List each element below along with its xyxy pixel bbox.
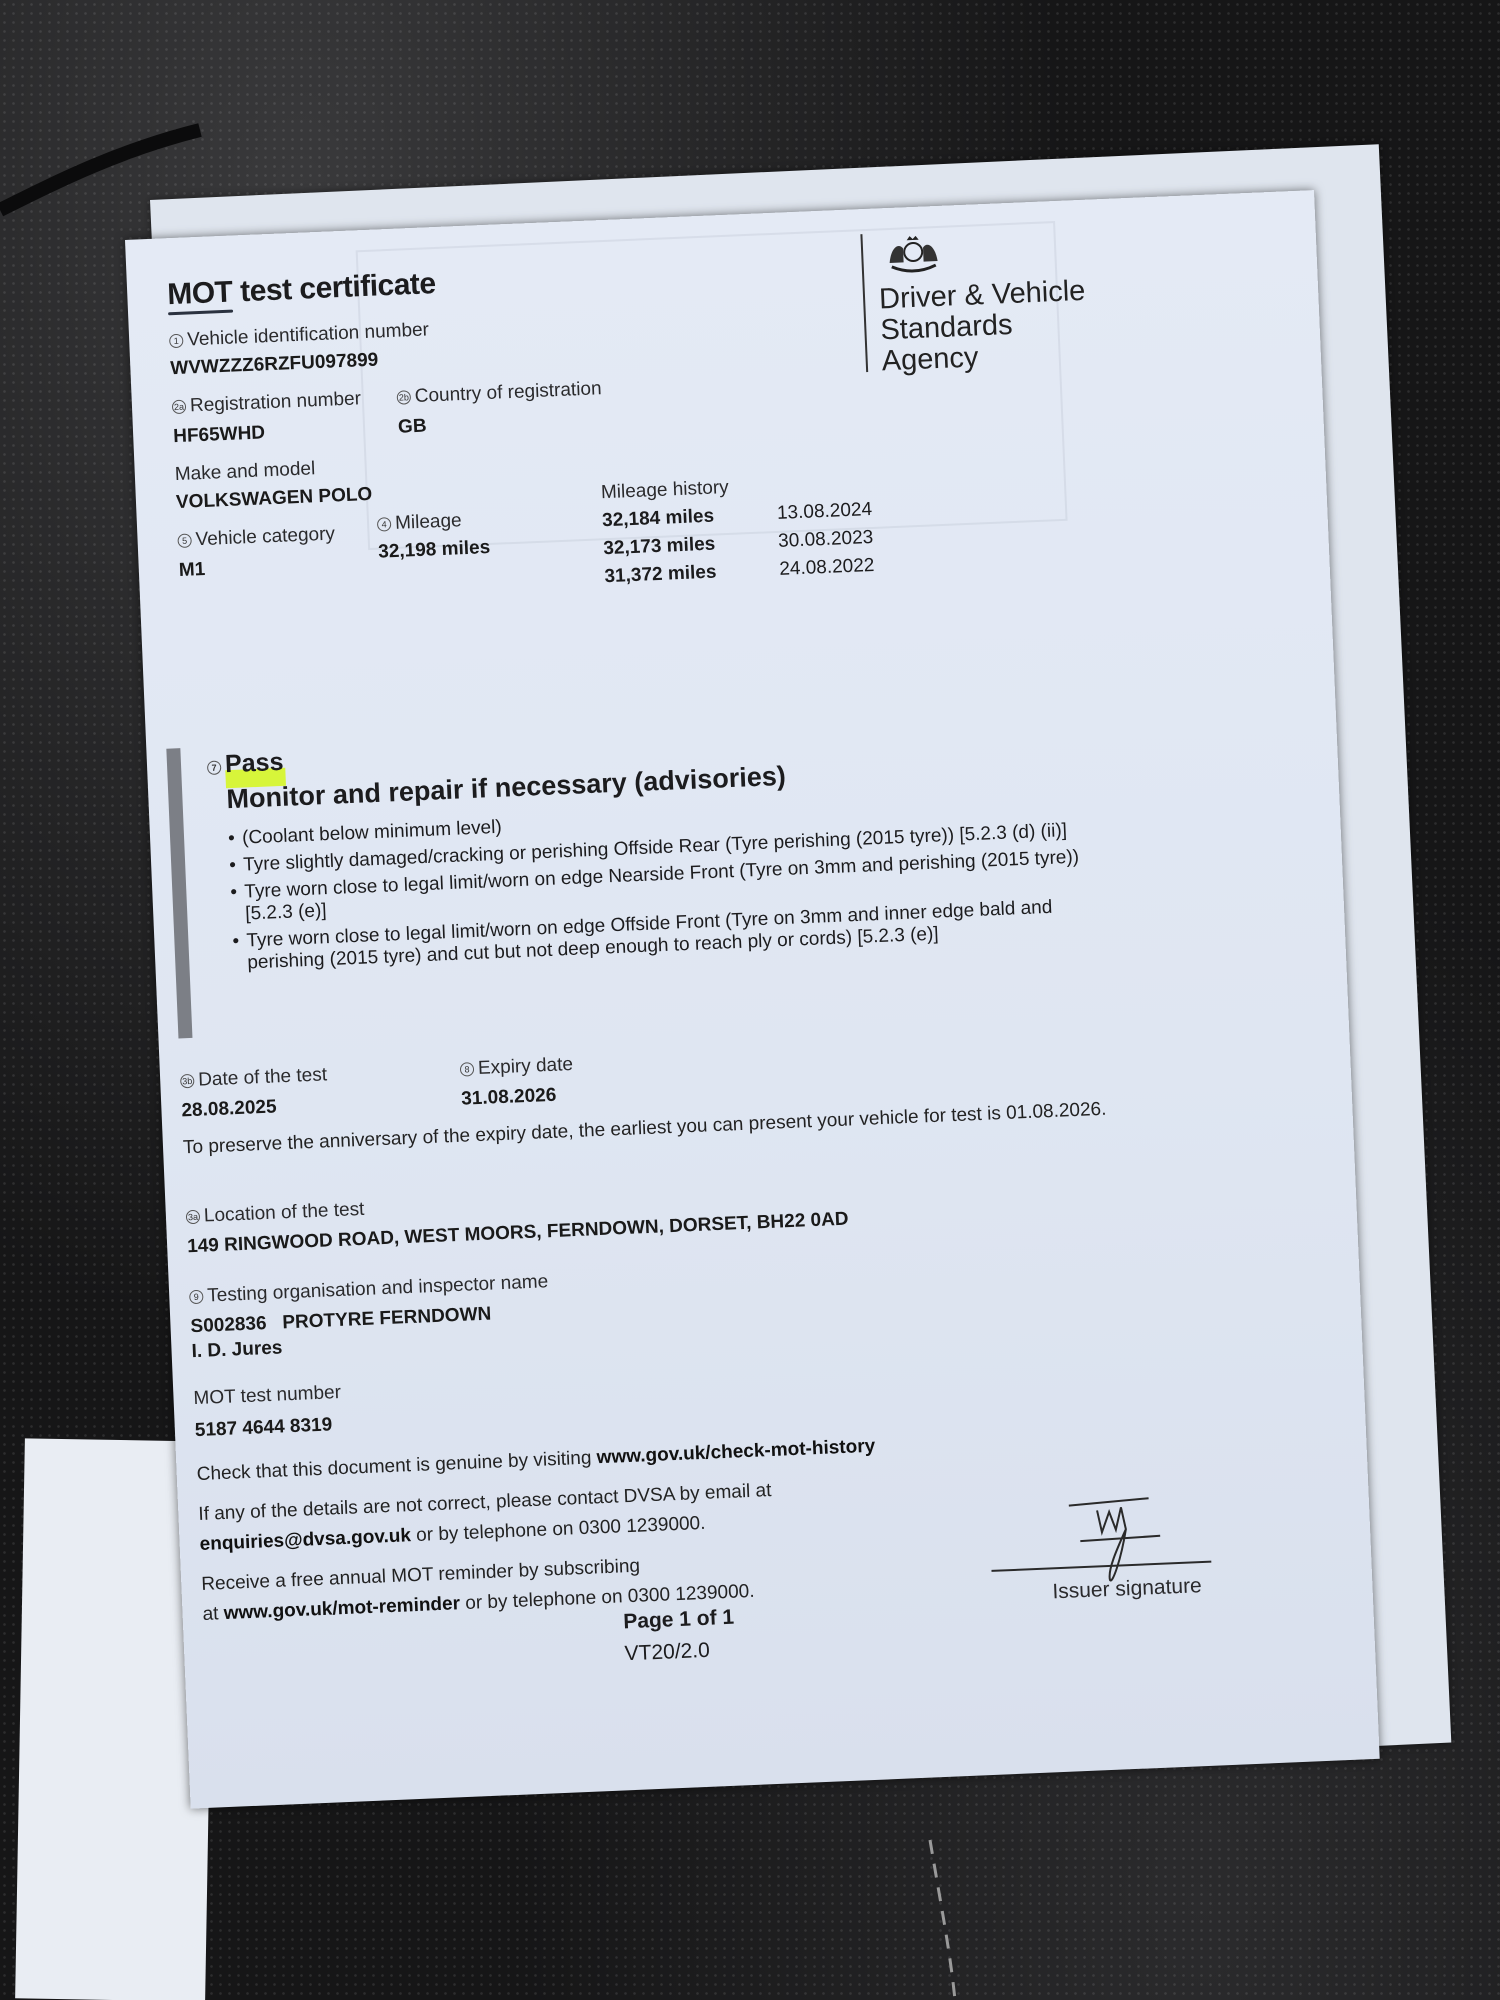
inspector-name: I. D. Jures xyxy=(191,1337,283,1363)
test-result-block: 7Pass Monitor and repair if necessary (a… xyxy=(166,707,1177,1039)
organisation-label: 9Testing organisation and inspector name xyxy=(189,1271,549,1308)
expiry-date-label: 8Expiry date xyxy=(460,1054,574,1081)
advisories-title: Monitor and repair if necessary (advisor… xyxy=(226,761,786,815)
form-code: VT20/2.0 xyxy=(624,1638,736,1667)
document-title: MOT test certificate xyxy=(167,267,437,312)
issuer-signature-label: Issuer signature xyxy=(1052,1574,1202,1604)
test-date-label: 3bDate of the test xyxy=(180,1064,328,1092)
make-model-value: VOLKSWAGEN POLO xyxy=(176,484,373,514)
genuine-check-notice: Check that this document is genuine by v… xyxy=(196,1432,876,1490)
check-mot-history-link[interactable]: www.gov.uk/check-mot-history xyxy=(596,1436,875,1469)
page-indicator: Page 1 of 1 xyxy=(623,1606,735,1635)
anniversary-note: To preserve the anniversary of the expir… xyxy=(182,1092,1182,1164)
mot-certificate: MOT test certificate Driver & Vehicle St… xyxy=(125,190,1380,1808)
registration-value: HF65WHD xyxy=(173,422,266,448)
make-model-label: Make and model xyxy=(174,458,315,486)
country-value: GB xyxy=(398,416,427,439)
mileage-label: 4Mileage xyxy=(377,510,462,536)
agency-name: Driver & Vehicle Standards Agency xyxy=(879,276,1089,378)
test-date-value: 28.08.2025 xyxy=(181,1096,277,1122)
advisories-list: (Coolant below minimum level) Tyre sligh… xyxy=(228,791,1134,981)
location-label: 3aLocation of the test xyxy=(186,1199,365,1228)
mileage-history-label: Mileage history xyxy=(601,477,730,504)
expiry-date-value: 31.08.2026 xyxy=(461,1085,557,1111)
dvsa-email-link[interactable]: enquiries@dvsa.gov.uk xyxy=(199,1525,411,1555)
mileage-history-row: 32,173 miles30.08.2023 xyxy=(603,527,874,560)
country-label: 2bCountry of registration xyxy=(396,378,602,409)
mileage-history-row: 32,184 miles13.08.2024 xyxy=(602,499,873,532)
dvsa-logo: Driver & Vehicle Standards Agency xyxy=(860,225,1088,372)
mileage-history-row: 31,372 miles24.08.2022 xyxy=(604,555,875,588)
mileage-history: Mileage history 32,184 miles13.08.2024 3… xyxy=(601,466,1005,593)
title-rest: test certificate xyxy=(232,267,436,308)
title-mot: MOT xyxy=(167,276,233,312)
test-number-label: MOT test number xyxy=(193,1382,341,1410)
test-number-value: 5187 4644 8319 xyxy=(194,1414,332,1442)
vehicle-category-value: M1 xyxy=(178,559,205,582)
vin-value: WVWZZZ6RZFU097899 xyxy=(170,350,379,381)
vin-label: 1Vehicle identification number xyxy=(169,319,430,352)
organisation-site: S002836 PROTYRE FERNDOWN xyxy=(190,1304,492,1339)
registration-label: 2aRegistration number xyxy=(172,388,362,418)
vehicle-category-label: 5Vehicle category xyxy=(177,523,335,552)
mileage-value: 32,198 miles xyxy=(378,537,491,564)
contact-notice: If any of the details are not correct, p… xyxy=(198,1476,773,1560)
site-id: S002836 xyxy=(190,1313,267,1337)
result-status: 7Pass xyxy=(206,748,284,780)
royal-coat-of-arms-icon xyxy=(880,231,946,278)
mot-reminder-link[interactable]: www.gov.uk/mot-reminder xyxy=(223,1593,460,1624)
page-footer: Page 1 of 1 VT20/2.0 xyxy=(623,1606,736,1667)
result-side-bar xyxy=(166,748,192,1038)
site-name: PROTYRE FERNDOWN xyxy=(282,1304,492,1334)
